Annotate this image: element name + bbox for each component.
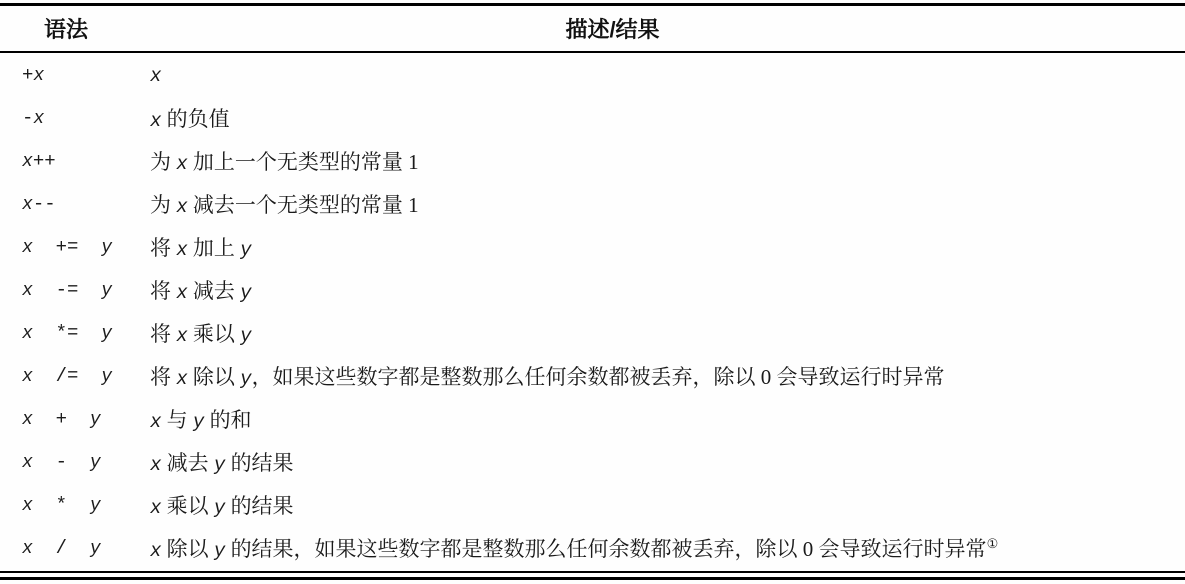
table-row: x * y x 乘以 y 的结果 (0, 484, 1185, 527)
syntax-code: x *= y (22, 322, 112, 344)
description-cell: x 乘以 y 的结果 (150, 490, 1185, 520)
syntax-code: -x (22, 107, 44, 129)
description-cell: 为 x 加上一个无类型的常量 1 (150, 146, 1185, 176)
description-text: 将 x 乘以 y (150, 322, 252, 346)
description-cell: 将 x 减去 y (150, 275, 1185, 305)
description-text: 为 x 减去一个无类型的常量 1 (150, 193, 419, 217)
syntax-cell: x - y (0, 451, 150, 473)
syntax-cell: x /= y (0, 365, 150, 387)
syntax-cell: x -= y (0, 279, 150, 301)
description-cell: 将 x 加上 y (150, 232, 1185, 262)
syntax-code: x - y (22, 451, 101, 473)
description-cell: x 的负值 (150, 103, 1185, 133)
description-text: x 除以 y 的结果，如果这些数字都是整数那么任何余数都被丢弃，除以 0 会导致… (150, 537, 987, 561)
syntax-cell: x += y (0, 236, 150, 258)
syntax-code: x /= y (22, 365, 112, 387)
table-row: x -= y 将 x 减去 y (0, 268, 1185, 311)
description-text: x (150, 62, 161, 86)
header-description: 描述/结果 (150, 13, 1185, 44)
syntax-code: x * y (22, 494, 101, 516)
syntax-cell: x *= y (0, 322, 150, 344)
description-cell: 将 x 除以 y，如果这些数字都是整数那么任何余数都被丢弃，除以 0 会导致运行… (150, 361, 1185, 391)
description-text: 将 x 减去 y (150, 279, 252, 303)
table-row: x /= y 将 x 除以 y，如果这些数字都是整数那么任何余数都被丢弃，除以 … (0, 355, 1185, 398)
description-text: 将 x 除以 y，如果这些数字都是整数那么任何余数都被丢弃，除以 0 会导致运行… (150, 365, 945, 389)
description-text: x 与 y 的和 (150, 408, 252, 432)
footnote-marker: ① (987, 536, 999, 551)
syntax-code: x / y (22, 537, 101, 559)
syntax-cell: x++ (0, 150, 150, 172)
table-row: x++ 为 x 加上一个无类型的常量 1 (0, 139, 1185, 182)
description-cell: x (150, 62, 1185, 87)
description-cell: 为 x 减去一个无类型的常量 1 (150, 189, 1185, 219)
description-cell: x 减去 y 的结果 (150, 447, 1185, 477)
description-text: x 乘以 y 的结果 (150, 494, 294, 518)
syntax-code: x++ (22, 150, 56, 172)
table-row: x - y x 减去 y 的结果 (0, 441, 1185, 484)
syntax-code: x-- (22, 193, 56, 215)
syntax-cell: x * y (0, 494, 150, 516)
table-row: x + y x 与 y 的和 (0, 398, 1185, 441)
syntax-code: x -= y (22, 279, 112, 301)
table-row: +x x (0, 53, 1185, 96)
table-row: x *= y 将 x 乘以 y (0, 311, 1185, 354)
table-body: +x x -x x 的负值 x++ 为 x 加上一个无类型的常量 1 x-- 为… (0, 53, 1185, 570)
syntax-code: x + y (22, 408, 101, 430)
document-page: 语法 描述/结果 +x x -x x 的负值 x++ 为 x 加上一个无类型的常… (0, 0, 1185, 584)
syntax-code: +x (22, 64, 44, 86)
syntax-cell: +x (0, 64, 150, 86)
description-text: 将 x 加上 y (150, 236, 252, 260)
table-header-row: 语法 描述/结果 (0, 6, 1185, 53)
description-cell: 将 x 乘以 y (150, 318, 1185, 348)
syntax-cell: x + y (0, 408, 150, 430)
description-text: x 减去 y 的结果 (150, 451, 294, 475)
syntax-cell: x-- (0, 193, 150, 215)
table-row: x / y x 除以 y 的结果，如果这些数字都是整数那么任何余数都被丢弃，除以… (0, 527, 1185, 570)
syntax-cell: -x (0, 107, 150, 129)
header-syntax: 语法 (0, 13, 150, 44)
table-row: -x x 的负值 (0, 96, 1185, 139)
table-row: x-- 为 x 减去一个无类型的常量 1 (0, 182, 1185, 225)
description-cell: x 除以 y 的结果，如果这些数字都是整数那么任何余数都被丢弃，除以 0 会导致… (150, 533, 1185, 563)
table-row: x += y 将 x 加上 y (0, 225, 1185, 268)
table-bottom-rule (0, 571, 1185, 580)
syntax-cell: x / y (0, 537, 150, 559)
description-text: x 的负值 (150, 107, 230, 131)
description-cell: x 与 y 的和 (150, 404, 1185, 434)
description-text: 为 x 加上一个无类型的常量 1 (150, 150, 419, 174)
syntax-code: x += y (22, 236, 112, 258)
